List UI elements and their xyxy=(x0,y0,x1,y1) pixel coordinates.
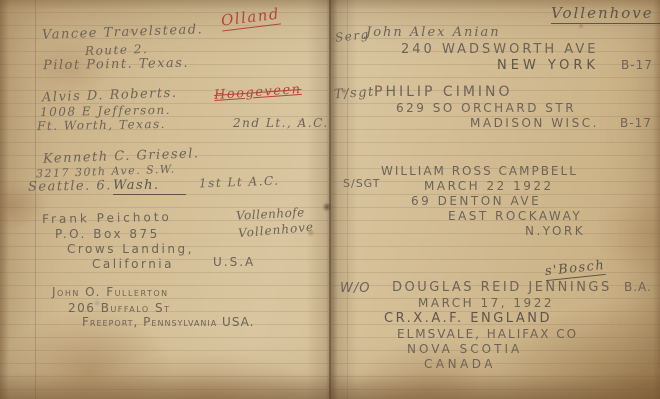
entry-suffix: B.A. xyxy=(624,280,652,294)
entry-name: DOUGLAS REID JENNINGS xyxy=(392,280,612,295)
page-header-vollenhove: Vollenhove xyxy=(551,4,660,24)
entry-name: John Alex Anian xyxy=(366,25,501,40)
entry-address-line: Ft. Worth, Texas. xyxy=(37,117,166,133)
address-book-spread: Olland Vancee Travelstead. Route 2. Pilo… xyxy=(0,0,660,399)
entry-address-line: Crows Landing, xyxy=(67,242,194,256)
entry-address-line: P.O. Box 875 xyxy=(55,227,160,241)
entry-rank: S/SGT xyxy=(343,177,381,190)
entry-birthdate: MARCH 22 1922 xyxy=(424,179,554,193)
entry-rank: T/sgt xyxy=(334,85,376,103)
entry-address-line: 206 Buffalo St xyxy=(68,301,171,315)
entry-address-line: 629 SO ORCHARD STR xyxy=(396,101,576,115)
entry-name: John O. Fullerton xyxy=(52,285,169,299)
entry-rank: W/O xyxy=(340,281,370,296)
entry-address-line: Pilot Point. Texas. xyxy=(43,56,189,74)
entry-country: U.S.A xyxy=(213,255,255,269)
entry-name: Frank Peichoto xyxy=(42,210,172,226)
entry-address-line: ELMSVALE, HALIFAX CO xyxy=(397,327,578,341)
gutter-crease xyxy=(329,0,331,399)
left-page-margin-line xyxy=(35,0,36,399)
entry-rank: 1st Lt A.C. xyxy=(199,174,280,191)
entry-address-line: California xyxy=(92,257,174,271)
entry-address-line: NEW YORK xyxy=(497,58,599,73)
entry-address-line: Seattle. 6. xyxy=(28,178,112,194)
aircraft-tag: B-17 xyxy=(621,58,653,72)
entry-address-line: Freeport, Pennsylvania USA. xyxy=(82,315,255,329)
book-gutter xyxy=(306,0,358,399)
entry-name: WILLIAM ROSS CAMPBELL xyxy=(381,164,578,178)
entry-name: PHILIP CIMINO xyxy=(374,84,513,100)
entry-address-underlined: Wash. xyxy=(113,178,186,195)
entry-address-line: 69 DENTON AVE xyxy=(411,194,541,208)
aircraft-tag: B-17 xyxy=(620,116,652,130)
entry-address-line: NOVA SCOTIA xyxy=(407,342,522,356)
entry-address-line: N.YORK xyxy=(525,224,585,238)
entry-country: CANADA xyxy=(424,357,496,371)
entry-service-line: CR.X.A.F. ENGLAND xyxy=(384,311,552,326)
entry-address-line: 240 WADSWORTH AVE xyxy=(401,42,598,57)
entry-rank: 2nd Lt., A.C. xyxy=(233,116,329,130)
entry-birthdate: MARCH 17, 1922 xyxy=(418,296,554,310)
entry-address-line: EAST ROCKAWAY xyxy=(448,209,582,223)
entry-address-line: MADISON WISC. xyxy=(470,116,599,130)
